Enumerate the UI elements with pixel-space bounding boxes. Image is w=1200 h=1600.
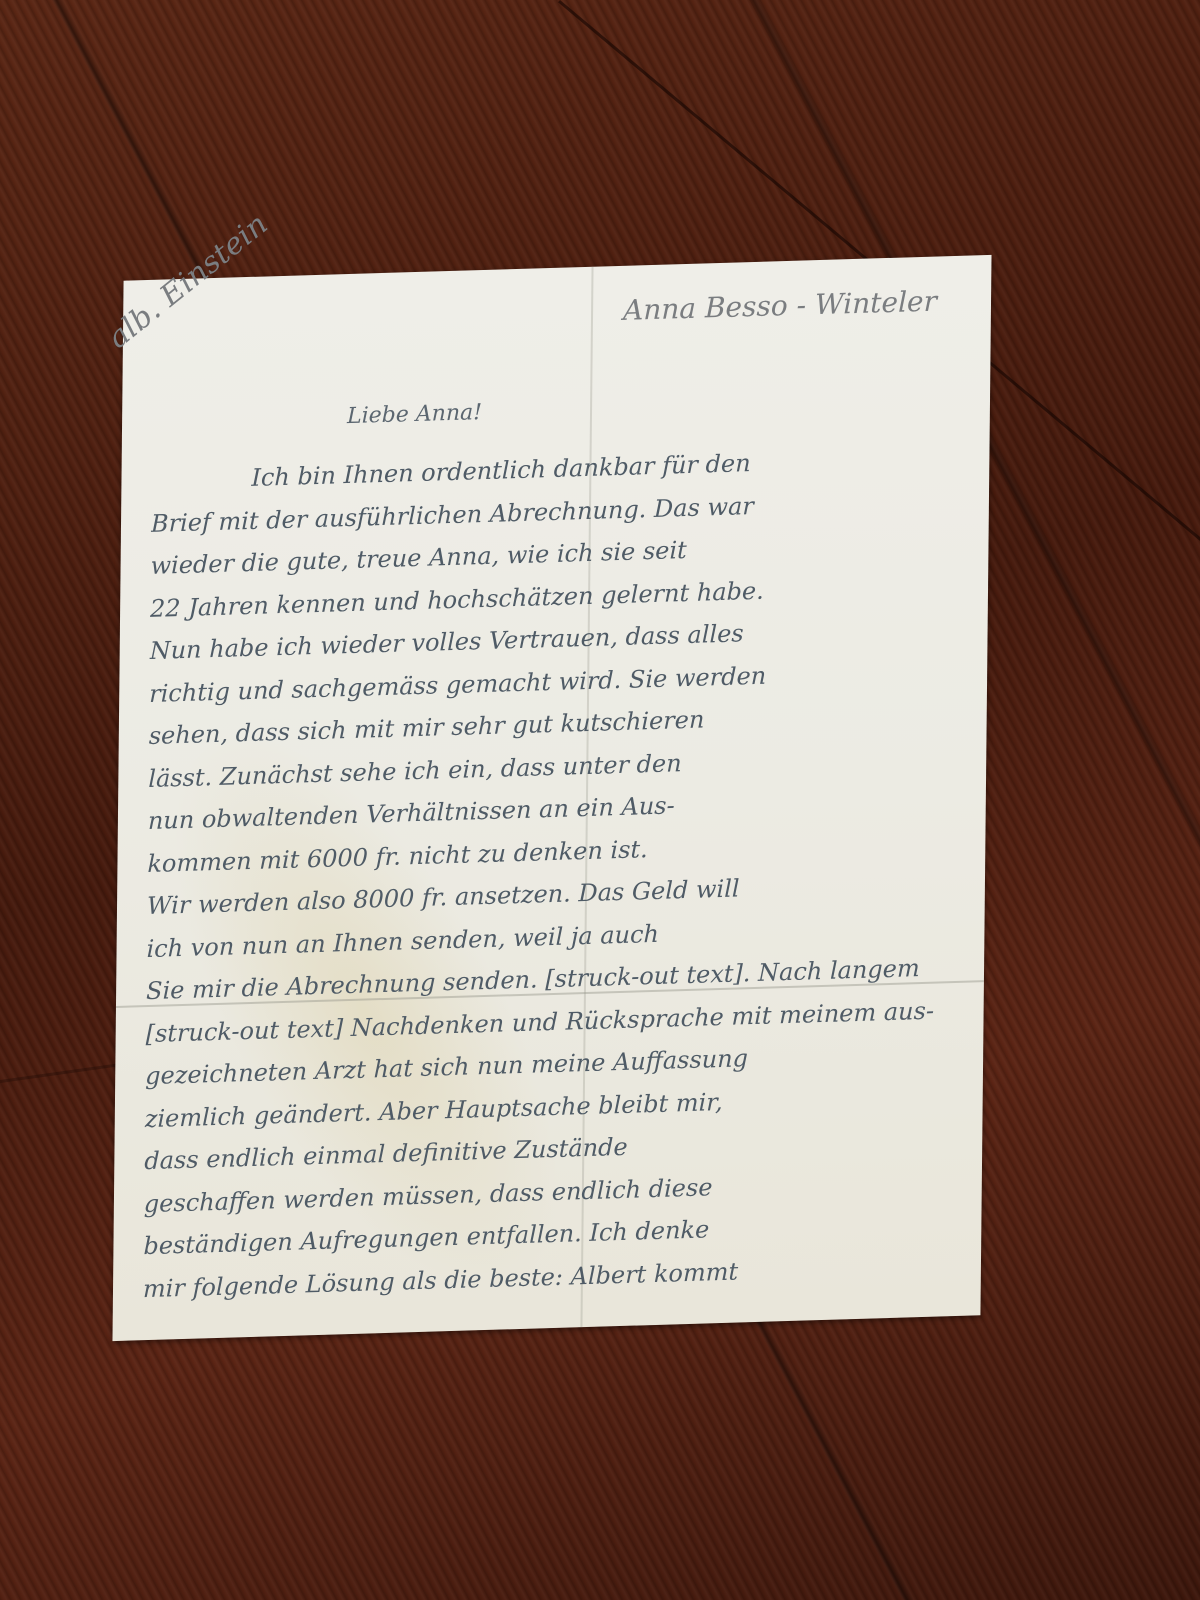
letter-sheet: alb. Einstein Anna Besso - Winteler Lieb…	[112, 255, 991, 1341]
letter-body: Ich bin Ihnen ordentlich dankbar für den…	[143, 435, 982, 1310]
pencil-annotation-einstein: alb. Einstein	[102, 207, 275, 356]
pencil-annotation-addressee: Anna Besso - Winteler	[623, 285, 937, 327]
salutation: Liebe Anna!	[347, 400, 482, 429]
